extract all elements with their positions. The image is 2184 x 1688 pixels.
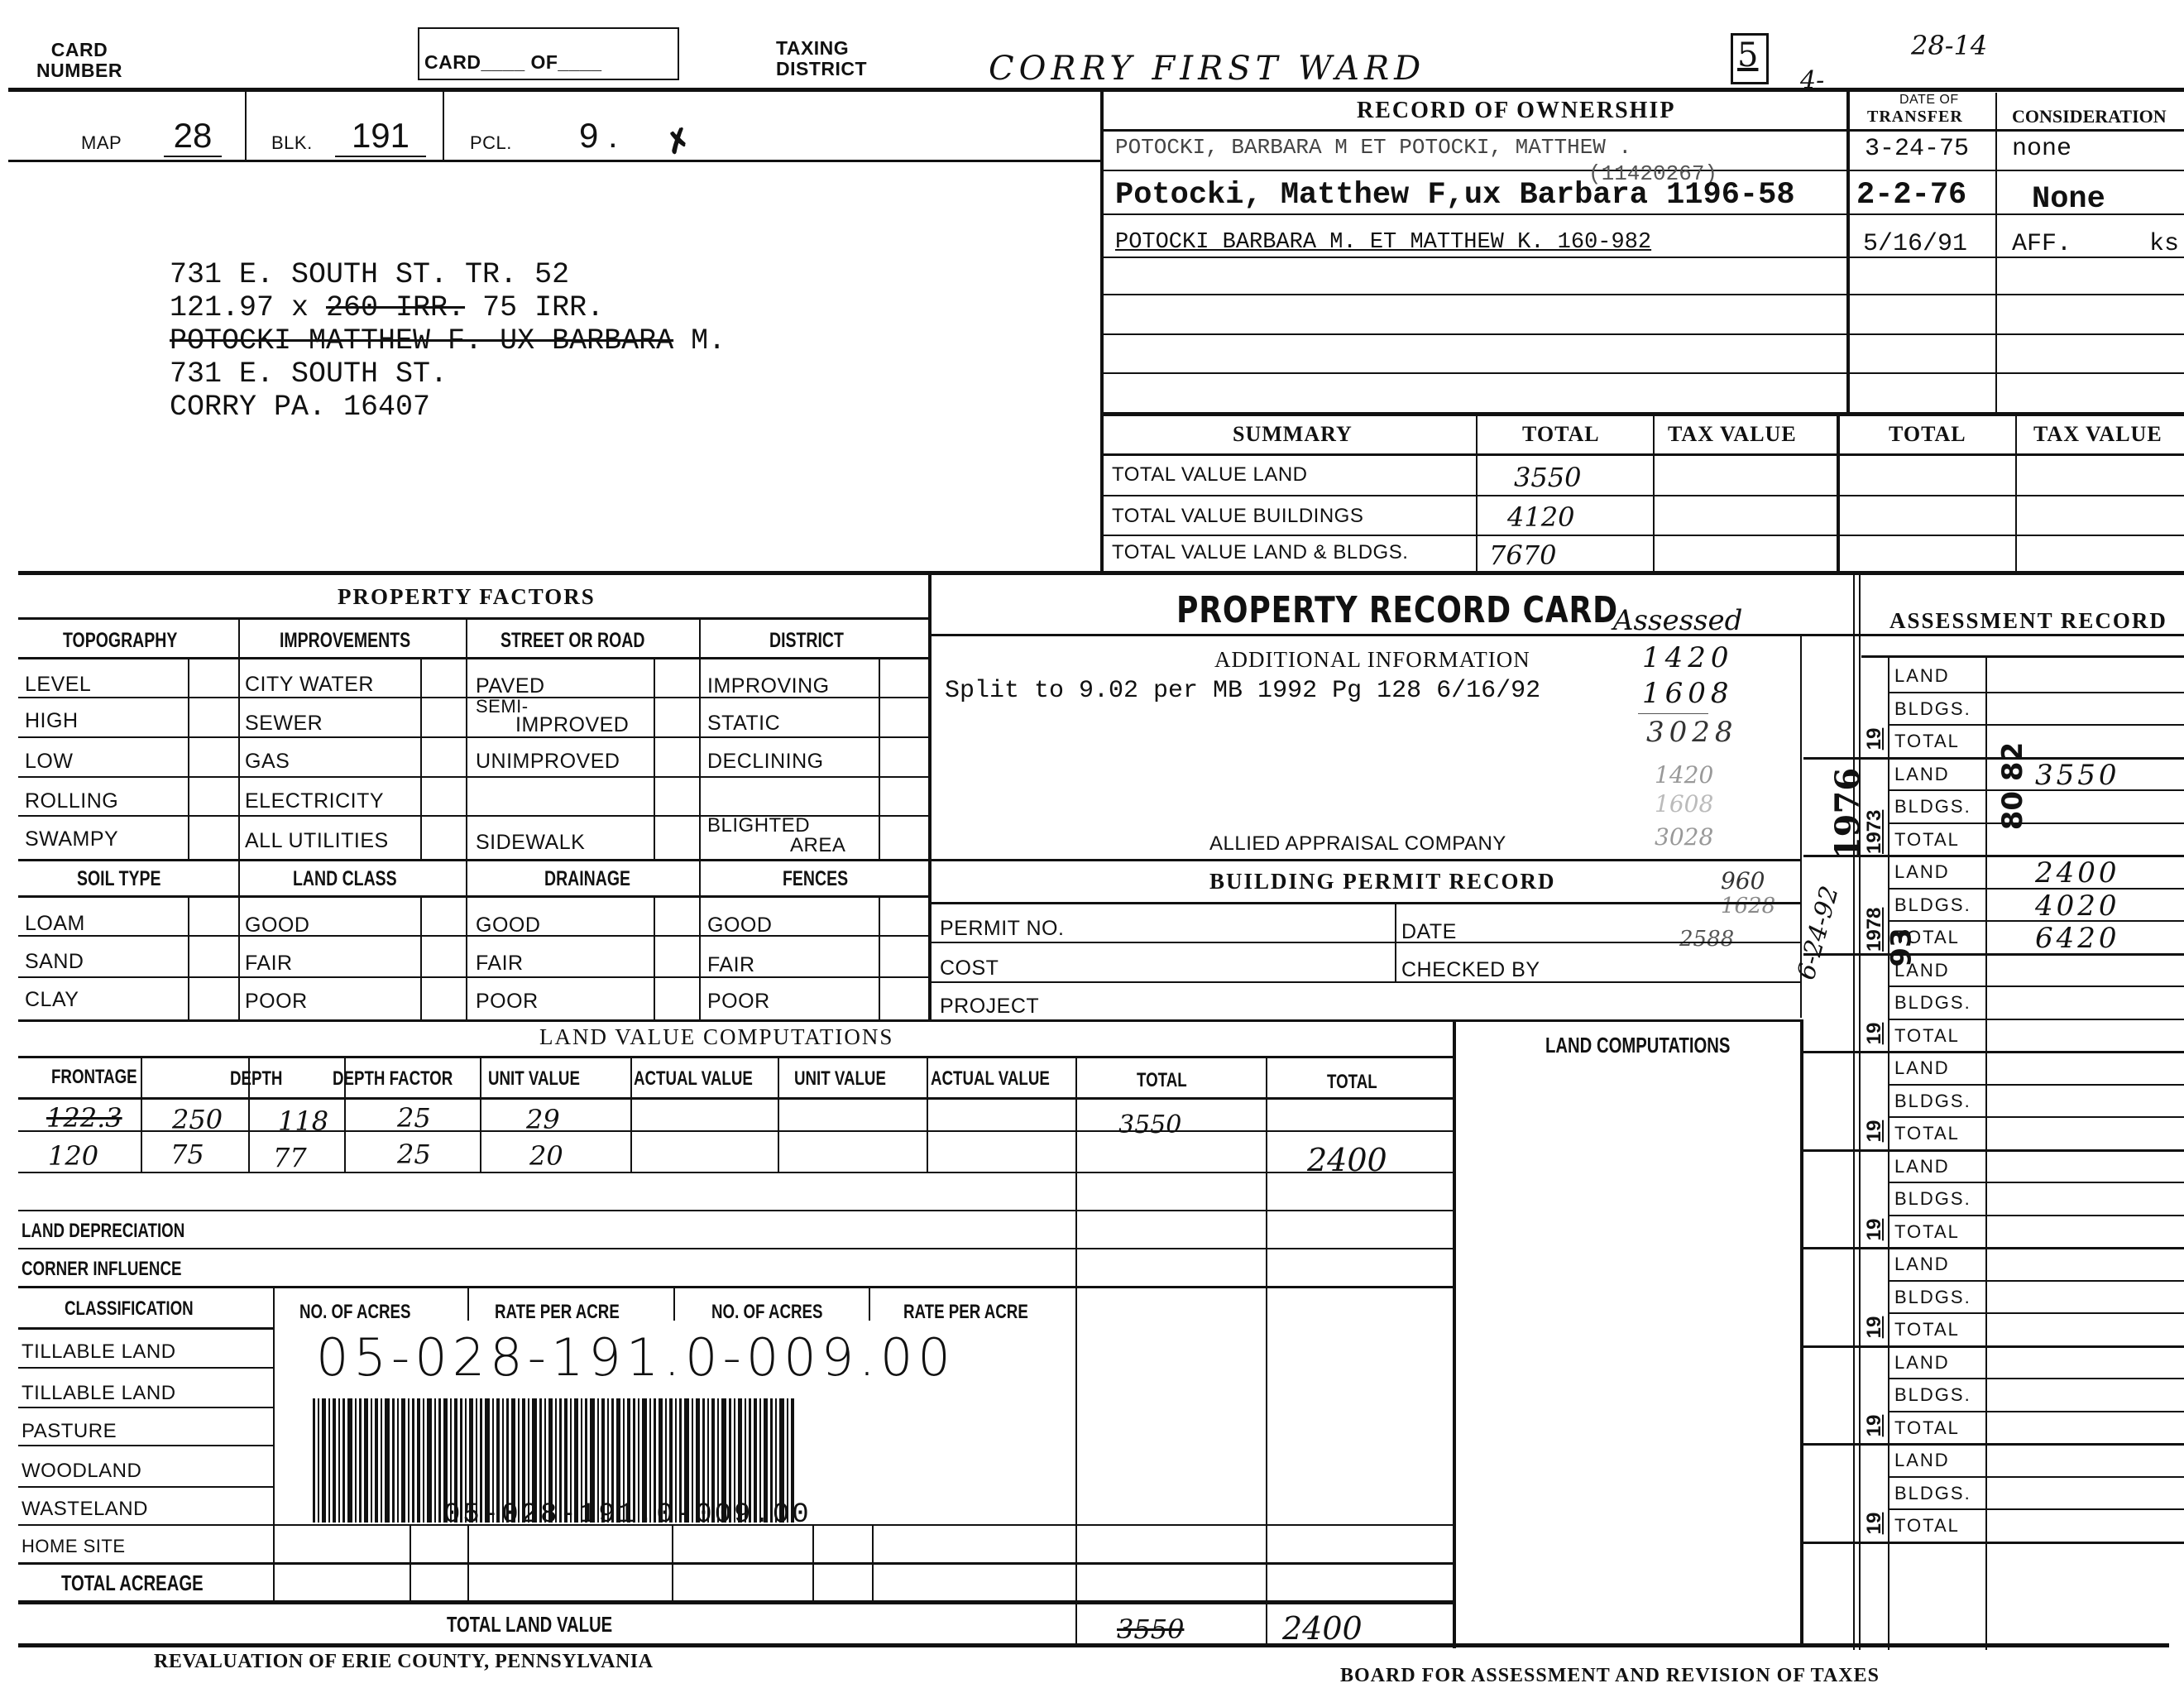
divider bbox=[1104, 453, 2184, 456]
pf-sewer: SEWER bbox=[245, 712, 323, 736]
divider bbox=[420, 897, 422, 1019]
divider bbox=[1888, 657, 1889, 1650]
fences-poor: POOR bbox=[707, 990, 770, 1014]
parcel-id-handwritten: 05-028-191.0-009.00 bbox=[316, 1327, 955, 1388]
divider bbox=[930, 902, 1802, 904]
assessment-total-label: TOTAL bbox=[1894, 1319, 1960, 1340]
assessment-record-title: ASSESSMENT RECORD bbox=[1889, 608, 2167, 634]
date-row-3: 5/16/91 bbox=[1863, 230, 1967, 258]
divider bbox=[1889, 1312, 2184, 1314]
pcl-value: 9 . bbox=[579, 116, 618, 156]
divider bbox=[1985, 657, 1987, 1650]
class-tillable-2: TILLABLE LAND bbox=[22, 1382, 176, 1405]
assessment-stamp-93: 93 bbox=[1885, 928, 1918, 966]
assessment-land-label: LAND bbox=[1894, 1450, 1950, 1471]
divider bbox=[930, 942, 1802, 943]
divider bbox=[188, 897, 189, 1019]
divider bbox=[18, 935, 928, 937]
lv-depth-header: DEPTH bbox=[230, 1067, 282, 1091]
lv-row2-actual-value: 20 bbox=[529, 1140, 563, 1172]
lv-actual-value-header: ACTUAL VALUE bbox=[634, 1067, 753, 1091]
map-label: MAP bbox=[81, 132, 122, 154]
fences-good: GOOD bbox=[707, 914, 772, 938]
total-land-value-label: TOTAL LAND VALUE bbox=[447, 1612, 612, 1638]
assessment-year-label: 19 bbox=[1863, 1017, 1886, 1050]
street-road-header: STREET OR ROAD bbox=[500, 629, 644, 653]
owner-row-2: Potocki, Matthew F,ux Barbara 1196-58 bbox=[1115, 178, 1795, 213]
taxing-district-label: TAXING DISTRICT bbox=[776, 38, 867, 79]
divider bbox=[1803, 757, 2184, 760]
pf-rolling: ROLLING bbox=[25, 789, 118, 813]
rate-acre-header: RATE PER ACRE bbox=[495, 1301, 620, 1324]
divider bbox=[1889, 1215, 2184, 1216]
divider bbox=[245, 91, 247, 161]
summary-total-header-2: TOTAL bbox=[1889, 422, 1966, 447]
topography-header: TOPOGRAPHY bbox=[63, 629, 177, 653]
divider bbox=[1995, 93, 1997, 414]
divider bbox=[1889, 1084, 2184, 1086]
pf-high: HIGH bbox=[25, 709, 79, 733]
permit-calc-3: 2588 bbox=[1679, 927, 1734, 952]
land-class-poor: POOR bbox=[245, 990, 308, 1014]
assessment-bldgs-value: 4020 bbox=[2035, 890, 2120, 923]
divider bbox=[879, 897, 880, 1019]
permit-calc-2: 1628 bbox=[1721, 894, 1775, 918]
lv-row2-depth: 75 bbox=[170, 1139, 204, 1170]
divider bbox=[1889, 1411, 2184, 1412]
summary-row-buildings: TOTAL VALUE BUILDINGS bbox=[1112, 505, 1363, 528]
blk-value: 191 bbox=[335, 116, 426, 157]
pf-level: LEVEL bbox=[25, 673, 91, 697]
divider bbox=[869, 1288, 870, 1321]
margin-calc-1: 1420 bbox=[1642, 641, 1734, 674]
divider bbox=[1075, 1057, 1077, 1645]
divider bbox=[238, 861, 240, 1019]
summary-tax-header: TAX VALUE bbox=[1668, 422, 1797, 447]
pf-declining: DECLINING bbox=[707, 750, 824, 774]
permit-date-label: DATE bbox=[1401, 920, 1457, 944]
divider bbox=[466, 861, 467, 1019]
divider bbox=[18, 1130, 1453, 1132]
divider bbox=[1803, 1542, 2184, 1544]
address-line-1: 731 E. SOUTH ST. TR. 52 bbox=[170, 258, 569, 291]
pf-blighted-area: BLIGHTEDAREA bbox=[707, 816, 845, 856]
summary-land-bldgs-total: 7670 bbox=[1489, 539, 1556, 571]
date-of-label: DATE OF bbox=[1899, 93, 1959, 108]
divider bbox=[930, 634, 2184, 636]
divider bbox=[18, 1643, 2169, 1647]
divider bbox=[1889, 1378, 2184, 1379]
assessment-total-label: TOTAL bbox=[1894, 1025, 1960, 1047]
divider bbox=[930, 981, 1802, 983]
divider bbox=[1889, 822, 2184, 824]
lv-actual-value-header-2: ACTUAL VALUE bbox=[931, 1067, 1050, 1091]
additional-info-title: ADDITIONAL INFORMATION bbox=[1214, 647, 1530, 673]
map-value: 28 bbox=[164, 116, 222, 157]
divider bbox=[1889, 789, 2184, 791]
divider bbox=[18, 859, 928, 861]
divider bbox=[188, 659, 189, 861]
assessment-land-label: LAND bbox=[1894, 665, 1950, 687]
assessment-year-label: 19 bbox=[1863, 1507, 1886, 1540]
pcl-label: PCL. bbox=[470, 132, 512, 154]
divider bbox=[18, 976, 928, 978]
divider bbox=[654, 659, 655, 861]
assessment-bldgs-label: BLDGS. bbox=[1894, 1384, 1971, 1406]
assessment-stamp-80-82: 80 82 bbox=[1996, 742, 2029, 830]
soil-loam: LOAM bbox=[25, 912, 85, 936]
divider bbox=[18, 1562, 1453, 1565]
divider bbox=[18, 1056, 1453, 1058]
divider bbox=[1889, 692, 2184, 693]
district-header: DISTRICT bbox=[769, 629, 844, 653]
divider bbox=[18, 1600, 1453, 1604]
divider bbox=[1803, 1247, 2184, 1249]
drainage-fair: FAIR bbox=[476, 952, 524, 976]
rate-acre-header-2: RATE PER ACRE bbox=[903, 1301, 1028, 1324]
soil-type-header: SOIL TYPE bbox=[77, 867, 161, 891]
lv-row1-depth-factor: 118 bbox=[278, 1105, 328, 1137]
divider bbox=[1859, 574, 1861, 1650]
divider bbox=[1104, 129, 2184, 132]
divider bbox=[18, 1172, 1453, 1173]
divider bbox=[1889, 1182, 2184, 1183]
consideration-row-2: None bbox=[2032, 182, 2105, 217]
divider bbox=[1266, 1057, 1267, 1645]
total-land-value-1: 3550 bbox=[1117, 1614, 1184, 1645]
assessment-land-label: LAND bbox=[1894, 861, 1950, 883]
date-row-1: 3-24-75 bbox=[1865, 135, 1969, 163]
ownership-title: RECORD OF OWNERSHIP bbox=[1357, 98, 1675, 124]
divider bbox=[1889, 985, 2184, 987]
divider bbox=[18, 1286, 1453, 1288]
assessment-total-label: TOTAL bbox=[1894, 1515, 1960, 1537]
divider bbox=[1889, 724, 2184, 726]
permit-checked-by-label: CHECKED BY bbox=[1401, 958, 1540, 982]
summary-header: SUMMARY bbox=[1233, 422, 1353, 447]
header-divider bbox=[8, 88, 2184, 92]
divider bbox=[18, 1097, 1453, 1100]
divider bbox=[1853, 574, 1855, 1650]
property-factors-title: PROPERTY FACTORS bbox=[338, 584, 596, 610]
divider bbox=[1803, 1443, 2184, 1446]
assessment-side-note-1976: 1976 bbox=[1828, 768, 1867, 860]
divider bbox=[1889, 1476, 2184, 1478]
ward-number: 5 bbox=[1737, 36, 1758, 74]
pf-unimproved: UNIMPROVED bbox=[476, 750, 620, 774]
divider bbox=[1104, 213, 2184, 215]
divider bbox=[1846, 89, 1850, 414]
divider bbox=[18, 1407, 275, 1408]
card-of-label: CARD____ OF____ bbox=[424, 51, 602, 74]
divider bbox=[1800, 1019, 1803, 1645]
footer-right: BOARD FOR ASSESSMENT AND REVISION OF TAX… bbox=[1340, 1665, 1880, 1687]
divider bbox=[18, 1327, 275, 1330]
pf-improving: IMPROVING bbox=[707, 674, 830, 698]
divider bbox=[1889, 1116, 2184, 1118]
divider bbox=[18, 1248, 1453, 1249]
margin-calc-2: 1608 bbox=[1642, 677, 1734, 710]
faint-calc-3: 3028 bbox=[1655, 823, 1713, 851]
divider bbox=[18, 657, 928, 659]
land-computations-title: LAND COMPUTATIONS bbox=[1545, 1033, 1730, 1058]
lv-row2-depth-factor: 77 bbox=[273, 1142, 307, 1173]
pf-low: LOW bbox=[25, 750, 73, 774]
divider bbox=[18, 1445, 275, 1446]
assessment-year-label: 1978 bbox=[1863, 918, 1886, 952]
summary-row-land: TOTAL VALUE LAND bbox=[1112, 463, 1308, 487]
card-number-label: CARD NUMBER bbox=[36, 40, 122, 81]
handwritten-note-top: 28-14 bbox=[1911, 30, 1987, 61]
owner-row-1: POTOCKI, BARBARA M ET POTOCKI, MATTHEW . bbox=[1115, 135, 1631, 160]
lv-total-header-2: TOTAL bbox=[1327, 1071, 1377, 1094]
divider bbox=[1104, 294, 2184, 295]
margin-calc-line bbox=[1638, 713, 1708, 714]
divider bbox=[2015, 414, 2017, 573]
class-pasture: PASTURE bbox=[22, 1420, 117, 1443]
divider bbox=[8, 160, 1102, 162]
permit-no-label: PERMIT NO. bbox=[940, 917, 1064, 941]
pf-electricity: ELECTRICITY bbox=[245, 789, 384, 813]
summary-row-land-bldgs: TOTAL VALUE LAND & BLDGS. bbox=[1112, 541, 1408, 564]
assessment-land-label: LAND bbox=[1894, 1057, 1950, 1079]
consideration-row-1: none bbox=[2012, 135, 2071, 163]
drainage-header: DRAINAGE bbox=[544, 867, 630, 891]
no-acres-header-2: NO. OF ACRES bbox=[711, 1301, 823, 1324]
divider bbox=[18, 1019, 1802, 1022]
lv-row1-unit-value: 25 bbox=[397, 1102, 431, 1134]
divider bbox=[18, 1367, 275, 1369]
assessment-land-label: LAND bbox=[1894, 1352, 1950, 1374]
divider bbox=[1889, 1508, 2184, 1510]
assessment-bldgs-label: BLDGS. bbox=[1894, 796, 1971, 818]
assessment-bldgs-label: BLDGS. bbox=[1894, 1287, 1971, 1308]
divider bbox=[654, 897, 655, 1019]
divider bbox=[1476, 414, 1478, 573]
divider bbox=[1653, 414, 1655, 573]
barcode-text: 05-028-191.0-009.00 bbox=[443, 1499, 812, 1531]
fences-header: FENCES bbox=[783, 867, 848, 891]
assessment-land-label: LAND bbox=[1894, 764, 1950, 785]
faint-calc-1: 1420 bbox=[1655, 761, 1713, 789]
assessment-bldgs-label: BLDGS. bbox=[1894, 992, 1971, 1014]
improvements-header: IMPROVEMENTS bbox=[280, 629, 410, 653]
lv-frontage-header: FRONTAGE bbox=[51, 1066, 137, 1089]
initials-row-3: ks bbox=[2149, 230, 2179, 258]
divider bbox=[1104, 535, 2184, 536]
address-line-3: POTOCKI MATTHEW F. UX BARBARA M. bbox=[170, 324, 726, 357]
assessment-bldgs-label: BLDGS. bbox=[1894, 1188, 1971, 1210]
margin-calc-3: 3028 bbox=[1646, 716, 1738, 749]
assessment-total-label: TOTAL bbox=[1894, 1221, 1960, 1243]
date-transfer-header: TRANSFER bbox=[1867, 108, 1963, 127]
divider bbox=[18, 736, 928, 738]
address-line-4: 731 E. SOUTH ST. bbox=[170, 357, 448, 391]
pf-gas: GAS bbox=[245, 750, 290, 774]
divider bbox=[18, 1210, 1453, 1211]
assessment-bldgs-label: BLDGS. bbox=[1894, 894, 1971, 916]
pcl-scribble: ✗ bbox=[661, 121, 697, 162]
divider bbox=[1803, 953, 2184, 956]
divider bbox=[673, 1288, 675, 1321]
divider bbox=[18, 617, 928, 620]
summary-total-header: TOTAL bbox=[1522, 422, 1600, 447]
pf-paved: PAVED bbox=[476, 674, 545, 698]
address-line-5: CORRY PA. 16407 bbox=[170, 391, 430, 424]
divider bbox=[778, 1057, 779, 1173]
land-value-title: LAND VALUE COMPUTATIONS bbox=[539, 1024, 893, 1050]
assessment-total-label: TOTAL bbox=[1894, 731, 1960, 752]
consideration-header: CONSIDERATION bbox=[2012, 106, 2167, 127]
land-class-fair: FAIR bbox=[245, 952, 293, 976]
divider bbox=[699, 861, 701, 1019]
divider bbox=[699, 619, 701, 861]
lv-row1-frontage: 122.3 bbox=[46, 1102, 122, 1134]
assessment-total-label: TOTAL bbox=[1894, 1123, 1960, 1144]
class-home-site: HOME SITE bbox=[22, 1536, 126, 1557]
total-land-value-2: 2400 bbox=[1282, 1610, 1363, 1647]
divider bbox=[238, 619, 240, 861]
lv-row1-total: 3550 bbox=[1118, 1110, 1181, 1139]
assessment-year-label: 19 bbox=[1863, 1115, 1886, 1148]
divider bbox=[930, 859, 1802, 861]
lv-row2-unit-value: 25 bbox=[397, 1139, 431, 1170]
lv-unit-value-header-2: UNIT VALUE bbox=[794, 1067, 886, 1091]
divider bbox=[1803, 1051, 2184, 1053]
pf-static: STATIC bbox=[707, 712, 780, 736]
additional-info-text: Split to 9.02 per MB 1992 Pg 128 6/16/92 bbox=[945, 677, 1540, 705]
divider bbox=[466, 619, 467, 861]
no-acres-header: NO. OF ACRES bbox=[299, 1301, 411, 1324]
divider bbox=[1889, 1019, 2184, 1020]
divider bbox=[480, 1057, 481, 1173]
summary-tax-header-2: TAX VALUE bbox=[2033, 422, 2162, 447]
assessment-bldgs-label: BLDGS. bbox=[1894, 1091, 1971, 1112]
classification-header: CLASSIFICATION bbox=[65, 1297, 194, 1321]
soil-sand: SAND bbox=[25, 950, 84, 974]
land-class-header: LAND CLASS bbox=[293, 867, 397, 891]
assessment-land-label: LAND bbox=[1894, 1254, 1950, 1275]
divider bbox=[141, 1057, 142, 1173]
assessment-total-label: TOTAL bbox=[1894, 829, 1960, 851]
divider bbox=[1104, 412, 2184, 416]
taxing-district-value: CORRY FIRST WARD bbox=[989, 50, 1425, 88]
pf-semi-improved: SEMI-IMPROVED bbox=[476, 698, 654, 735]
corner-influence-label: CORNER INFLUENCE bbox=[22, 1258, 181, 1281]
assessment-year-label: 19 bbox=[1863, 1409, 1886, 1442]
permit-project-label: PROJECT bbox=[940, 995, 1039, 1019]
divider bbox=[1104, 372, 2184, 374]
faint-calc-2: 1608 bbox=[1655, 790, 1713, 818]
divider bbox=[420, 659, 422, 861]
permit-calc-1: 960 bbox=[1721, 867, 1765, 894]
blk-label: BLK. bbox=[271, 132, 313, 154]
land-depreciation-label: LAND DEPRECIATION bbox=[22, 1220, 184, 1243]
consideration-row-3: AFF. bbox=[2012, 230, 2071, 258]
assessment-year-label: 19 bbox=[1863, 1311, 1886, 1344]
divider bbox=[1104, 257, 2184, 258]
property-record-card-title: PROPERTY RECORD CARD bbox=[1176, 589, 1618, 631]
divider bbox=[467, 1288, 469, 1321]
class-wasteland: WASTELAND bbox=[22, 1498, 148, 1521]
lv-total-header: TOTAL bbox=[1137, 1069, 1187, 1092]
fences-fair: FAIR bbox=[707, 953, 755, 977]
owner-row-3: POTOCKI BARBARA M. ET MATTHEW K. 160-982 bbox=[1115, 230, 1651, 255]
divider bbox=[1889, 1280, 2184, 1282]
pf-city-water: CITY WATER bbox=[245, 673, 374, 697]
divider bbox=[1453, 1021, 1456, 1648]
assessment-total-label: TOTAL bbox=[1894, 1417, 1960, 1439]
divider bbox=[1803, 1149, 2184, 1152]
divider bbox=[18, 776, 928, 778]
company-name: ALLIED APPRAISAL COMPANY bbox=[1209, 832, 1506, 856]
assessment-year-label: 19 bbox=[1863, 722, 1886, 755]
divider bbox=[1803, 1345, 2184, 1348]
building-permit-title: BUILDING PERMIT RECORD bbox=[1209, 869, 1556, 894]
divider bbox=[927, 1057, 928, 1173]
assessment-land-value: 2400 bbox=[2035, 856, 2120, 890]
divider bbox=[18, 1486, 275, 1488]
drainage-good: GOOD bbox=[476, 914, 540, 938]
assessment-bldgs-label: BLDGS. bbox=[1894, 1483, 1971, 1504]
divider bbox=[1104, 495, 2184, 496]
divider bbox=[928, 574, 932, 1019]
footer-left: REVALUATION OF ERIE COUNTY, PENNSYLVANIA bbox=[154, 1651, 653, 1673]
lv-depth-factor-header: DEPTH FACTOR bbox=[333, 1067, 453, 1091]
assessment-total-value: 6420 bbox=[2035, 922, 2120, 955]
lv-row2-frontage: 120 bbox=[48, 1140, 98, 1172]
date-row-2: 2-2-76 bbox=[1856, 178, 1966, 213]
assessed-note: Assessed bbox=[1613, 604, 1742, 637]
drainage-poor: POOR bbox=[476, 990, 539, 1014]
address-line-2: 121.97 x 260 IRR. 75 IRR. bbox=[170, 291, 604, 324]
assessment-bldgs-label: BLDGS. bbox=[1894, 698, 1971, 720]
lv-unit-value-header: UNIT VALUE bbox=[488, 1067, 580, 1091]
divider bbox=[1104, 333, 2184, 335]
summary-land-total: 3550 bbox=[1514, 462, 1581, 493]
divider bbox=[1837, 414, 1840, 573]
soil-clay: CLAY bbox=[25, 988, 79, 1012]
land-class-good: GOOD bbox=[245, 914, 309, 938]
class-tillable-1: TILLABLE LAND bbox=[22, 1340, 176, 1364]
summary-buildings-total: 4120 bbox=[1507, 501, 1574, 533]
pf-swampy: SWAMPY bbox=[25, 827, 118, 851]
divider bbox=[18, 697, 928, 698]
pf-all-utilities: ALL UTILITIES bbox=[245, 829, 389, 853]
divider bbox=[443, 91, 444, 161]
class-woodland: WOODLAND bbox=[22, 1460, 141, 1483]
divider bbox=[18, 895, 928, 898]
total-acreage-label: TOTAL ACREAGE bbox=[61, 1571, 204, 1596]
assessment-land-value: 3550 bbox=[2035, 759, 2120, 792]
assessment-year-label: 19 bbox=[1863, 1213, 1886, 1246]
divider bbox=[879, 659, 880, 861]
permit-cost-label: COST bbox=[940, 957, 999, 981]
pf-sidewalk: SIDEWALK bbox=[476, 831, 585, 855]
divider bbox=[1100, 89, 1104, 571]
divider bbox=[630, 1057, 632, 1173]
divider bbox=[1861, 655, 2184, 658]
assessment-land-label: LAND bbox=[1894, 1156, 1950, 1177]
